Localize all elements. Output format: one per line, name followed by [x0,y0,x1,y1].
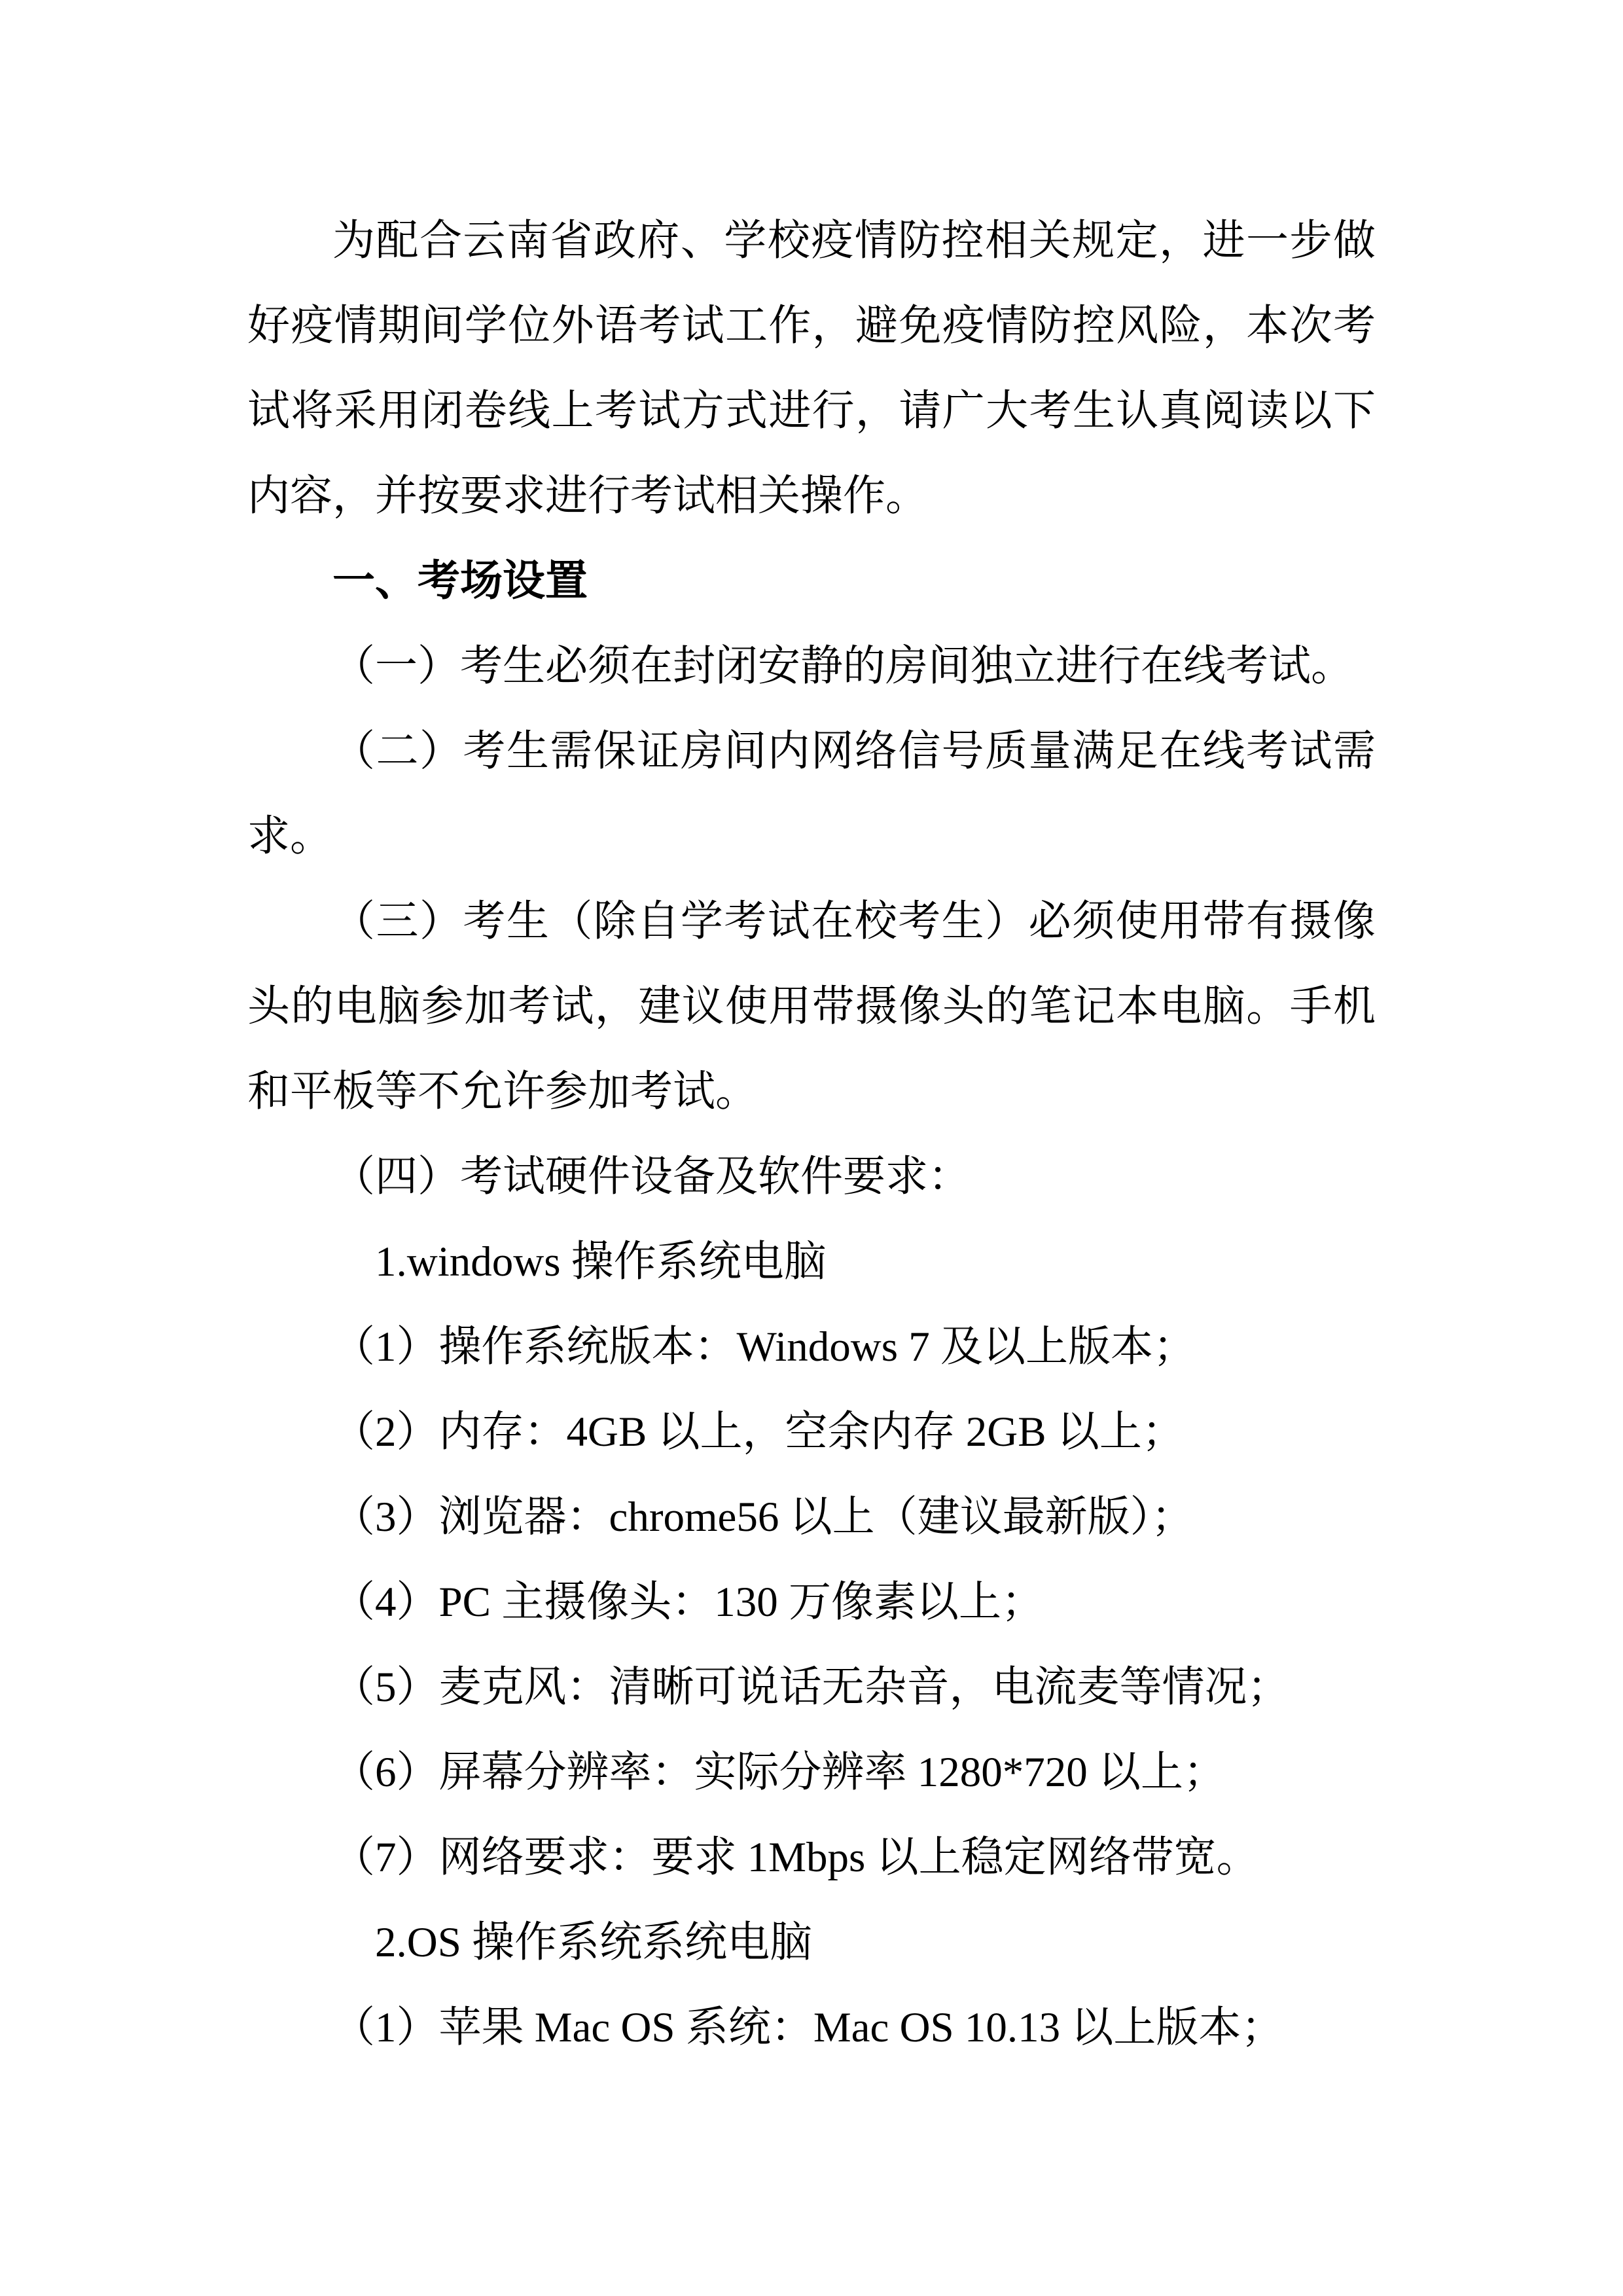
windows-requirement-2: （2）内存：4GB 以上，空余内存 2GB 以上； [247,1390,1376,1475]
windows-subheading: 1.windows 操作系统电脑 [247,1219,1376,1304]
exam-room-item-1: （一）考生必须在封闭安静的房间独立进行在线考试。 [247,624,1376,709]
section-1-heading: 一、考场设置 [247,539,1376,624]
windows-requirement-5: （5）麦克风：清晰可说话无杂音，电流麦等情况； [247,1645,1376,1730]
windows-requirement-4: （4）PC 主摄像头：130 万像素以上； [247,1560,1376,1645]
windows-requirement-7: （7）网络要求：要求 1Mbps 以上稳定网络带宽。 [247,1815,1376,1900]
intro-paragraph: 为配合云南省政府、学校疫情防控相关规定，进一步做好疫情期间学位外语考试工作，避免… [247,198,1376,539]
exam-room-item-3: （三）考生（除自学考试在校考生）必须使用带有摄像头的电脑参加考试，建议使用带摄像… [247,879,1376,1134]
windows-requirement-3: （3）浏览器：chrome56 以上（建议最新版）； [247,1475,1376,1560]
exam-room-item-4: （四）考试硬件设备及软件要求： [247,1134,1376,1219]
windows-requirement-1: （1）操作系统版本：Windows 7 及以上版本； [247,1304,1376,1390]
windows-requirement-6: （6）屏幕分辨率：实际分辨率 1280*720 以上； [247,1730,1376,1815]
document-page: 为配合云南省政府、学校疫情防控相关规定，进一步做好疫情期间学位外语考试工作，避免… [0,0,1623,2296]
exam-room-item-2: （二）考生需保证房间内网络信号质量满足在线考试需求。 [247,709,1376,879]
os-subheading: 2.OS 操作系统系统电脑 [247,1900,1376,1985]
document-body: 为配合云南省政府、学校疫情防控相关规定，进一步做好疫情期间学位外语考试工作，避免… [247,198,1376,2070]
os-requirement-1: （1）苹果 Mac OS 系统：Mac OS 10.13 以上版本； [247,1985,1376,2070]
